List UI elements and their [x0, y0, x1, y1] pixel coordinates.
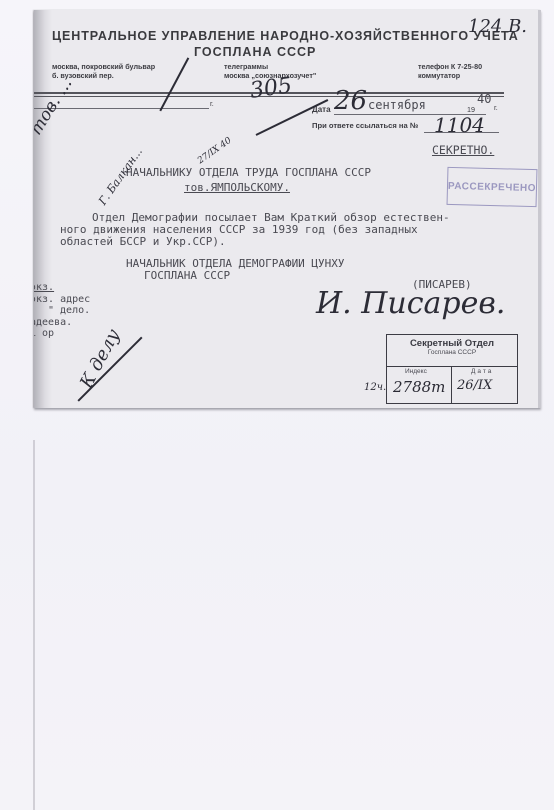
phone-sub: коммутатор: [418, 72, 482, 81]
secret-department-stamp: Секретный Отдел Госплана СССР Индекс Дат…: [386, 334, 518, 404]
date-month: сентября: [368, 98, 426, 112]
distribution-line-3: " дело.: [34, 305, 90, 317]
letterhead-subtitle: ГОСПЛАНА СССР: [194, 45, 316, 59]
line-g-suffix: г.: [210, 100, 214, 109]
distribution-line-2: экз. адрес: [34, 294, 90, 306]
stamp-header: Секретный Отдел: [387, 338, 517, 349]
handwritten-signature: И. Писарев.: [316, 286, 505, 321]
handwritten-date-note: 27/IX 40: [196, 136, 233, 166]
distribution-list: экз. экз. адрес " дело. адеева. 1 ор: [34, 282, 90, 340]
year-abbr: г.: [494, 104, 498, 113]
body-line-3: областей БССР и Укр.ССР).: [60, 235, 226, 248]
distribution-line-1: экз.: [34, 282, 90, 294]
handwritten-margin-note: тов. ...: [34, 74, 76, 138]
handwritten-top-right: 124 В.: [468, 16, 527, 37]
declassified-stamp: РАССЕКРЕЧЕНО: [447, 167, 538, 207]
stamp-date-value: 26/IX: [457, 378, 492, 393]
distribution-line-4: адеева.: [34, 317, 90, 329]
letterhead-address: москва, покровский бульвар б. вузовский …: [52, 63, 155, 80]
addressee-line-1: НАЧАЛЬНИКУ ОТДЕЛА ТРУДА ГОСПЛАНА СССР: [126, 166, 371, 179]
stamp-subheader: Госплана СССР: [387, 349, 517, 356]
copies-note: 12ч.: [364, 382, 386, 393]
classification-mark: СЕКРЕТНО.: [432, 143, 494, 157]
page-edge: [33, 440, 35, 810]
stamp-index-value: 2788m: [393, 378, 445, 396]
year-suffix: 40: [477, 92, 491, 106]
letterhead-title: ЦЕНТРАЛЬНОЕ УПРАВЛЕНИЕ НАРОДНО-ХОЗЯЙСТВЕ…: [52, 29, 522, 43]
memo-sheet: ЦЕНТРАЛЬНОЕ УПРАВЛЕНИЕ НАРОДНО-ХОЗЯЙСТВЕ…: [34, 10, 541, 408]
reference-label: При ответе ссылаться на №: [312, 122, 418, 131]
signatory-title-2: ГОСПЛАНА СССР: [144, 269, 230, 282]
stamp-index-label: Индекс: [405, 368, 427, 375]
reference-number: 1104: [434, 113, 485, 137]
stamp-divider: [387, 366, 517, 367]
stamp-date-label: Дата: [471, 368, 493, 375]
distribution-line-5: 1 ор: [34, 328, 90, 340]
handwritten-resolution-stroke: [159, 57, 188, 111]
date-day: 26: [334, 86, 367, 116]
letterhead-phone: телефон К 7-25-80 коммутатор: [418, 63, 482, 80]
handwritten-incoming-number: 305: [248, 73, 293, 104]
stamp-column-divider: [451, 366, 452, 403]
addressee-line-2: тов.ЯМПОЛЬСКОМУ.: [184, 181, 290, 194]
